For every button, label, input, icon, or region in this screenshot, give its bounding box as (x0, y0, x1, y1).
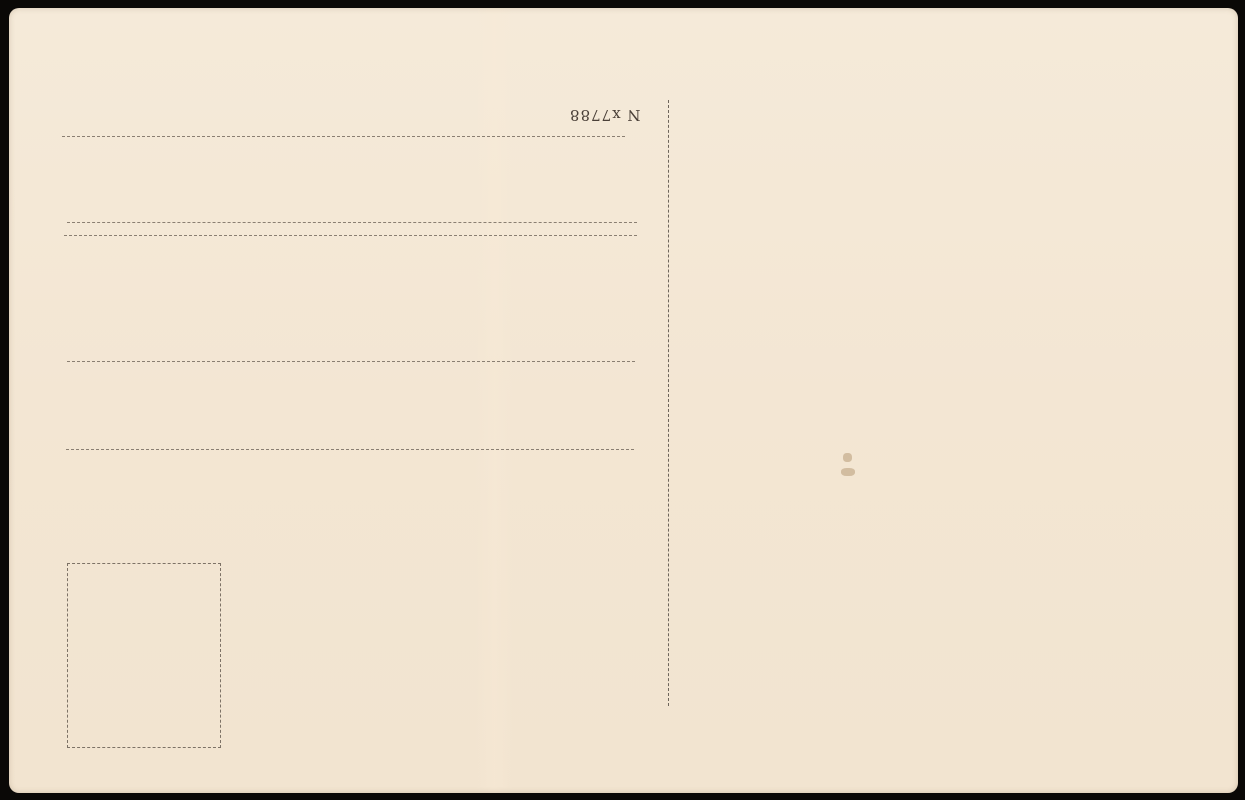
message-line-1 (62, 136, 625, 137)
stamp-box (67, 563, 221, 748)
message-line-2 (67, 222, 637, 223)
serial-number: N x7788 (569, 106, 641, 124)
stain (843, 453, 852, 462)
center-divider (668, 100, 669, 706)
stain (841, 468, 855, 476)
message-line-3 (64, 235, 637, 236)
message-line-4 (67, 361, 635, 362)
postcard-back: N x7788 (9, 8, 1238, 793)
message-line-5 (66, 449, 634, 450)
